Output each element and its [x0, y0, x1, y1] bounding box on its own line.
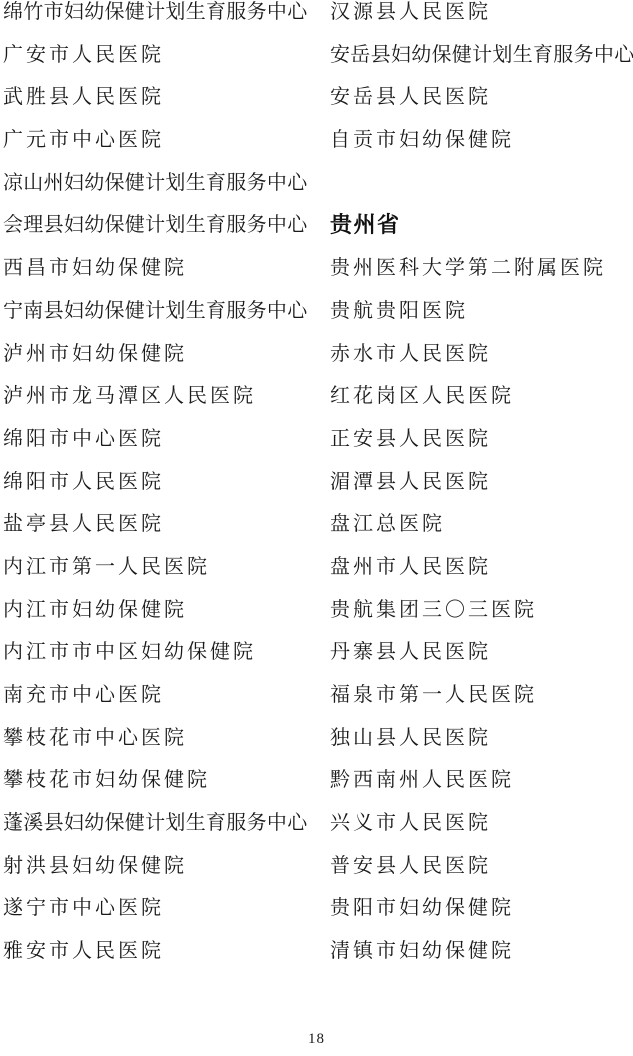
hospital-list-item: 盐亭县人民医院 [3, 503, 317, 546]
hospital-list-item: 自贡市妇幼保健院 [330, 119, 633, 162]
hospital-list-item: 正安县人民医院 [330, 418, 633, 461]
hospital-list-item: 安岳县妇幼保健计划生育服务中心 [330, 34, 633, 77]
hospital-list-item: 兴义市人民医院 [330, 802, 633, 845]
hospital-list-item: 内江市市中区妇幼保健院 [3, 631, 317, 674]
column-left: 绵竹市妇幼保健计划生育服务中心广安市人民医院武胜县人民医院广元市中心医院凉山州妇… [3, 0, 317, 973]
hospital-list-item: 绵竹市妇幼保健计划生育服务中心 [3, 0, 317, 34]
hospital-list-item: 雅安市人民医院 [3, 930, 317, 973]
hospital-list-item: 清镇市妇幼保健院 [330, 930, 633, 973]
hospital-list-item: 会理县妇幼保健计划生育服务中心 [3, 204, 317, 247]
hospital-list-item: 赤水市人民医院 [330, 333, 633, 376]
hospital-list-item: 盘江总医院 [330, 503, 633, 546]
hospital-list-item: 遂宁市中心医院 [3, 887, 317, 930]
hospital-list-item: 攀枝花市中心医院 [3, 717, 317, 760]
hospital-list-item: 贵航贵阳医院 [330, 290, 633, 333]
hospital-list-item: 丹寨县人民医院 [330, 631, 633, 674]
hospital-list-item: 射洪县妇幼保健院 [3, 845, 317, 888]
hospital-list-item: 贵阳市妇幼保健院 [330, 887, 633, 930]
hospital-list-item: 广安市人民医院 [3, 34, 317, 77]
hospital-list-item: 贵航集团三〇三医院 [330, 589, 633, 632]
hospital-list-item: 内江市妇幼保健院 [3, 589, 317, 632]
hospital-list-item: 内江市第一人民医院 [3, 546, 317, 589]
hospital-list-item: 蓬溪县妇幼保健计划生育服务中心 [3, 802, 317, 845]
hospital-list-item: 福泉市第一人民医院 [330, 674, 633, 717]
hospital-list-item: 汉源县人民医院 [330, 0, 633, 34]
document-page: 绵竹市妇幼保健计划生育服务中心广安市人民医院武胜县人民医院广元市中心医院凉山州妇… [0, 0, 633, 1056]
hospital-list-item: 湄潭县人民医院 [330, 461, 633, 504]
hospital-list-item: 宁南县妇幼保健计划生育服务中心 [3, 290, 317, 333]
hospital-list-item: 南充市中心医院 [3, 674, 317, 717]
hospital-list-item: 红花岗区人民医院 [330, 375, 633, 418]
hospital-list-item: 贵州医科大学第二附属医院 [330, 247, 633, 290]
hospital-list-item: 攀枝花市妇幼保健院 [3, 759, 317, 802]
column-right: 汉源县人民医院安岳县妇幼保健计划生育服务中心安岳县人民医院自贡市妇幼保健院贵州省… [330, 0, 633, 973]
hospital-list-item: 泸州市妇幼保健院 [3, 333, 317, 376]
hospital-list-item: 西昌市妇幼保健院 [3, 247, 317, 290]
page-number: 18 [0, 1031, 633, 1048]
hospital-list-item: 武胜县人民医院 [3, 76, 317, 119]
hospital-list-item: 安岳县人民医院 [330, 76, 633, 119]
hospital-list-item: 绵阳市人民医院 [3, 461, 317, 504]
province-header: 贵州省 [330, 204, 633, 247]
hospital-list-item: 泸州市龙马潭区人民医院 [3, 375, 317, 418]
hospital-list-item: 凉山州妇幼保健计划生育服务中心 [3, 162, 317, 205]
hospital-list-item: 盘州市人民医院 [330, 546, 633, 589]
hospital-list-item: 广元市中心医院 [3, 119, 317, 162]
hospital-list-item: 黔西南州人民医院 [330, 759, 633, 802]
hospital-list-item: 绵阳市中心医院 [3, 418, 317, 461]
hospital-list-item: 独山县人民医院 [330, 717, 633, 760]
hospital-list-item: 普安县人民医院 [330, 845, 633, 888]
